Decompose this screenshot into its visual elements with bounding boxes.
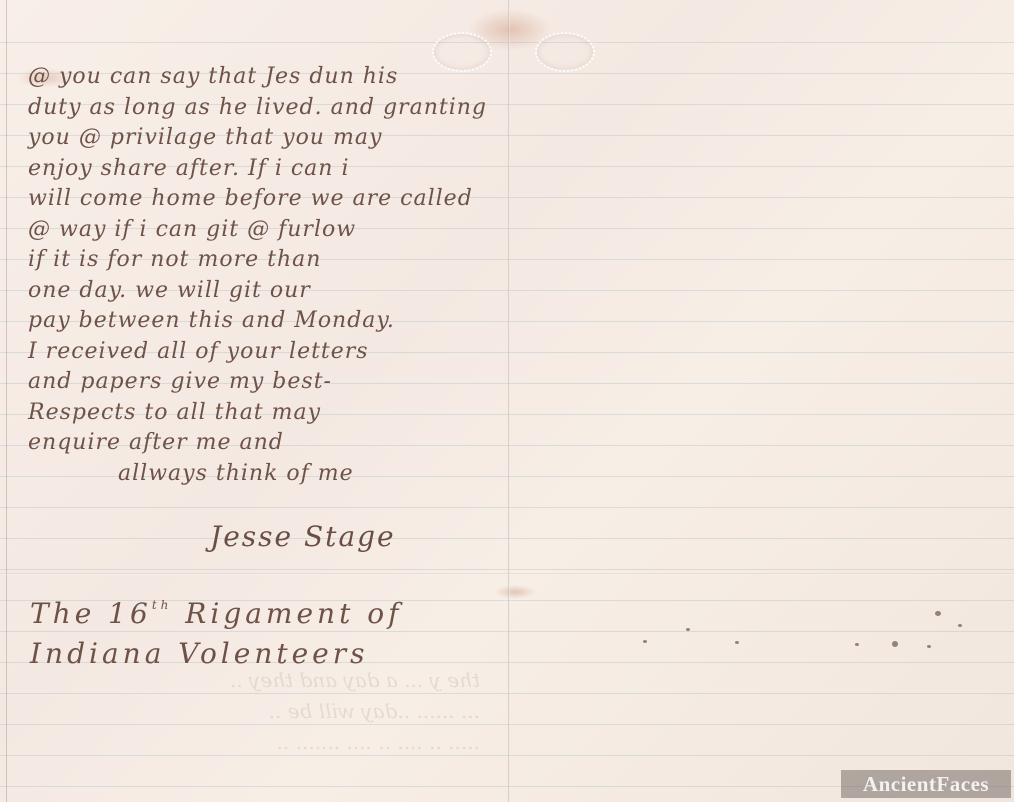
bleed-through-text: the y ... a day and they .. ... ...... .… [40, 665, 480, 758]
letter-line: one day. we will git our [28, 276, 518, 307]
ink-speck [892, 641, 898, 647]
ink-speck [927, 645, 931, 648]
letter-line: duty as long as he lived. and granting [28, 93, 518, 124]
ink-speck [855, 643, 859, 646]
letter-line: if it is for not more than [28, 245, 518, 276]
letter-line: will come home before we are called [28, 184, 518, 215]
regiment-line-1: The 16th Rigament of [30, 585, 402, 634]
ink-speck [643, 640, 647, 643]
letter-line: pay between this and Monday. [28, 306, 518, 337]
bleed-line: the y ... a day and they .. [40, 665, 480, 696]
letter-line: Respects to all that may [28, 398, 518, 429]
regiment-word: Rigament of [172, 597, 402, 630]
letter-line: allways think of me [28, 459, 518, 490]
ink-speck [958, 624, 962, 627]
letter-line: and papers give my best- [28, 367, 518, 398]
regiment-number: The 16 [30, 597, 152, 630]
signature: Jesse Stage [210, 520, 396, 553]
ink-speck [935, 611, 941, 616]
letter-line: you @ privilage that you may [28, 123, 518, 154]
ink-speck [735, 641, 739, 644]
embossed-seal-right-icon [535, 32, 595, 72]
ink-speck [686, 628, 690, 631]
letter-line: @ you can say that Jes dun his [28, 62, 518, 93]
bleed-line: ..... .. .... .. .... ....... .. [40, 727, 480, 758]
letter-line: I received all of your letters [28, 337, 518, 368]
left-margin-edge [6, 0, 7, 802]
ancientfaces-watermark: AncientFaces [841, 770, 1011, 798]
letter-body: @ you can say that Jes dun his duty as l… [28, 62, 518, 489]
regiment-designation: The 16th Rigament of Indiana Volenteers [30, 585, 402, 674]
ordinal-suffix: th [152, 598, 173, 612]
letter-line: @ way if i can git @ furlow [28, 215, 518, 246]
letter-line: enquire after me and [28, 428, 518, 459]
bleed-line: ... ...... ..day will be .. [40, 696, 480, 727]
horizontal-fold-crease [0, 573, 1014, 575]
letter-line: enjoy share after. If i can i [28, 154, 518, 185]
